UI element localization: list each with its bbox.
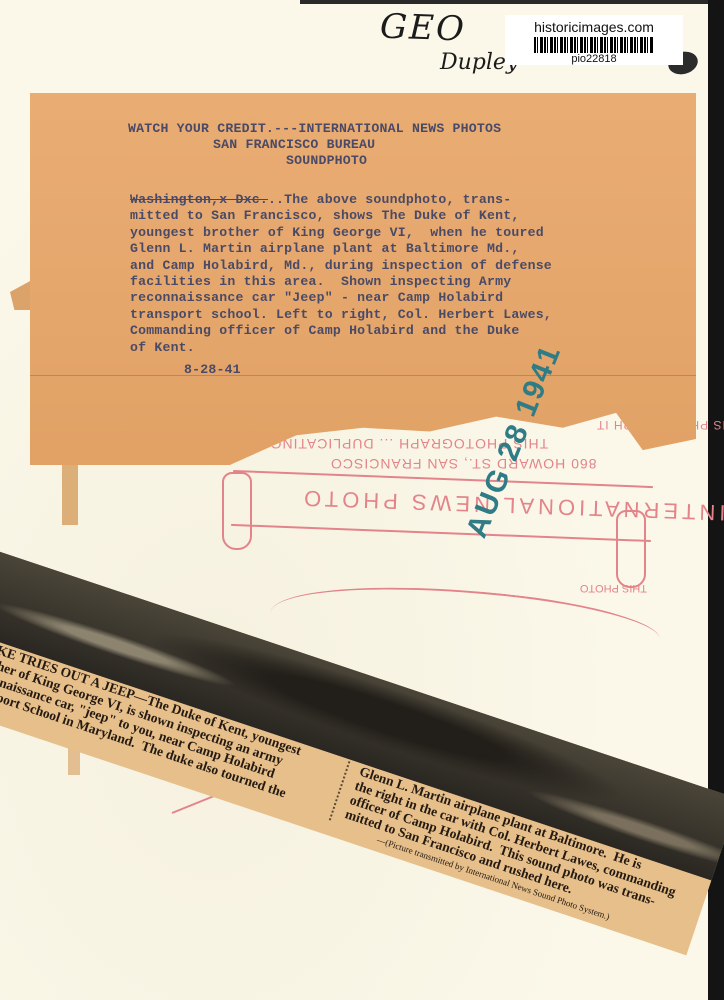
caption-line: Commanding officer of Camp Holabird and … [130, 323, 519, 338]
caption-line: reconnaissance car "Jeep" - near Camp Ho… [130, 290, 503, 305]
caption-header-credit: WATCH YOUR CREDIT.---INTERNATIONAL NEWS … [128, 121, 501, 137]
caption-struck-dateline: Washington,x Dxc. [130, 192, 268, 207]
stamp-this-photo: THIS PHOTO [580, 582, 647, 594]
caption-line: facilities in this area. Shown inspectin… [130, 274, 511, 289]
caption-line: and Camp Holabird, Md., during inspectio… [130, 258, 552, 273]
caption-line: mitted to San Francisco, shows The Duke … [130, 208, 519, 223]
watermark-site: historicimages.com [505, 19, 683, 35]
stamp-address-line2: 860 HOWARD ST., SAN FRANCISCO [330, 456, 597, 472]
barcode-icon [534, 37, 654, 53]
caption-header-bureau: SAN FRANCISCO BUREAU [213, 137, 375, 153]
caption-header-type: SOUNDPHOTO [286, 153, 367, 169]
caption-line: ..The above soundphoto, trans- [268, 192, 511, 207]
tape-strip [62, 465, 78, 525]
caption-line: youngest brother of King George VI, when… [130, 225, 544, 240]
caption-body: Washington,x Dxc...The above soundphoto,… [130, 192, 552, 356]
caption-date: 8-28-41 [184, 362, 241, 378]
caption-slip-fold [30, 375, 696, 376]
caption-line: Glenn L. Martin airplane plant at Baltim… [130, 241, 519, 256]
watermark-id: pio22818 [505, 53, 683, 65]
handwritten-note-line1: GEO [379, 7, 466, 50]
caption-line: transport school. Left to right, Col. He… [130, 307, 552, 322]
watermark-label: historicimages.com pio22818 [505, 15, 683, 65]
caption-line: of Kent. [130, 340, 195, 355]
stamp-scroll-end-left [222, 472, 252, 550]
scan-top-edge [300, 0, 708, 4]
